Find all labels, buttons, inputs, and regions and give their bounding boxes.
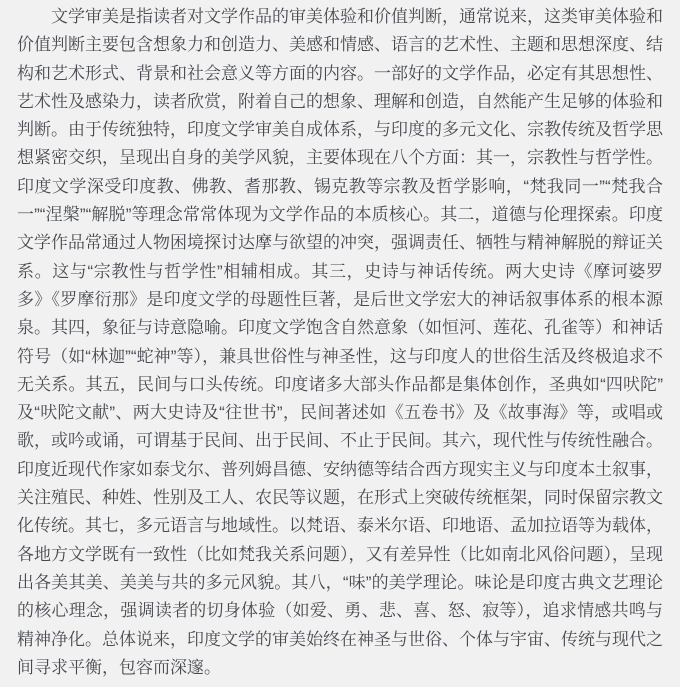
paragraph-text: 文学审美是指读者对文学作品的审美体验和价值判断，通常说来，这类审美体验和价值判断… — [17, 3, 663, 682]
document-page: 文学审美是指读者对文学作品的审美体验和价值判断，通常说来，这类审美体验和价值判断… — [0, 0, 680, 687]
